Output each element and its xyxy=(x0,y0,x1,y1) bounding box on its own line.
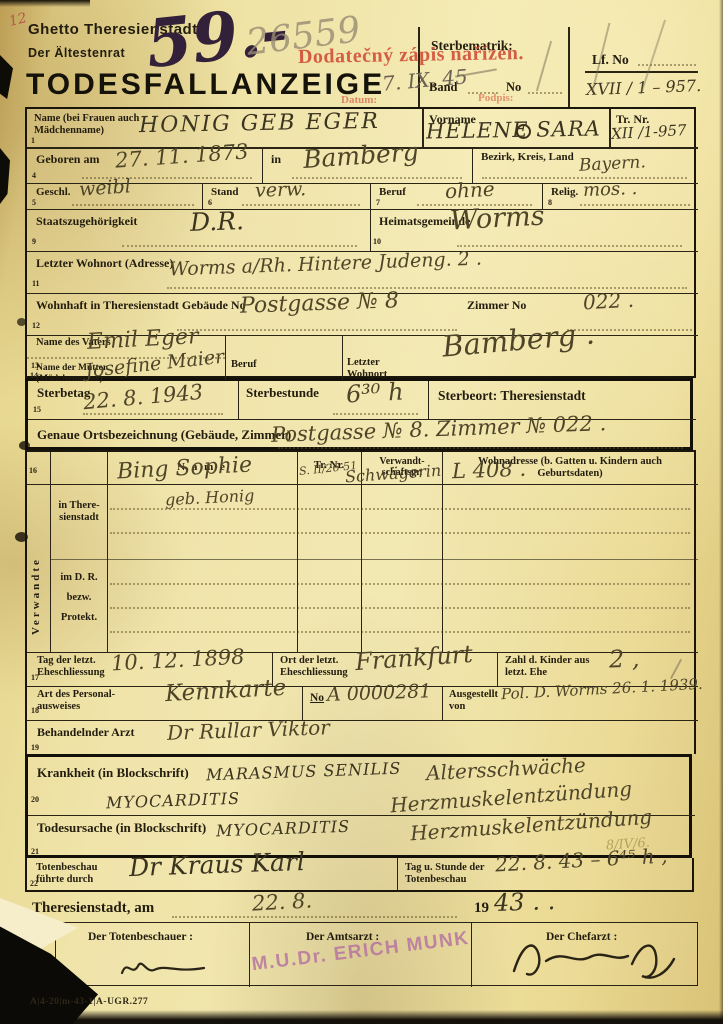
totenbeschauer-sig-label: Der Totenbeschauer : xyxy=(88,931,193,944)
chefarzt-signature xyxy=(504,931,684,985)
eltern-beruf-label: Be­ruf xyxy=(231,359,257,371)
form-code: A|4-20|m-43-1|A-UGR.277 xyxy=(30,997,148,1008)
krankheit-block1: MARASMUS SENILIS xyxy=(206,759,402,785)
disease-section: Krankheit (in Blockschrift) 20 MARASMUS … xyxy=(25,754,692,858)
corner-note: 12 xyxy=(7,10,28,30)
group-divider xyxy=(50,559,698,560)
relative-address: L 408 . xyxy=(452,457,527,484)
totenbeschau-label: Totenbeschau führte durch xyxy=(36,862,128,886)
cell-divider xyxy=(297,452,298,652)
field-number: 19 xyxy=(31,743,39,752)
heimat-value: Worms xyxy=(449,201,545,237)
sterbestunde-label: Sterbestunde xyxy=(246,386,319,401)
lf-no-dotted-line xyxy=(638,64,696,66)
ausweis-no-value: A 0000281 xyxy=(327,680,432,706)
krankheit-hw1: Altersschwäche xyxy=(425,753,586,785)
correction-circle-mark xyxy=(516,124,531,139)
dotted-line xyxy=(110,607,690,609)
sterbetag-value: 22. 8. 1943 xyxy=(82,380,204,414)
pencil-stroke-no xyxy=(536,41,552,92)
sterbeort-label: Sterbeort: Theresienstadt xyxy=(438,388,586,403)
ausweis-label: Art des Personal-ausweises xyxy=(37,689,142,713)
ehe-ort-value: Frankfurt xyxy=(354,640,474,676)
no-dotted-line xyxy=(528,92,562,94)
cell-divider xyxy=(442,452,443,652)
staat-value: D.R. xyxy=(190,206,245,237)
todesursache-label: Todesursache (in Blockschrift) xyxy=(37,821,206,836)
dotted-line xyxy=(172,916,457,918)
ortsbezeichnung-label: Genaue Ortsbezeichnung (Gebäude, Zimmer) xyxy=(37,428,291,443)
dotted-line xyxy=(177,329,457,331)
rule-line xyxy=(27,209,698,210)
field-number: 16 xyxy=(29,466,37,475)
cell-divider xyxy=(302,686,303,720)
ortsbezeichnung-value: Postgasse № 8. Zimmer № 022 . xyxy=(271,411,607,447)
relatives-table: 16 N a m e Tr. Nr. Verwandt-schaftsgr. W… xyxy=(25,450,696,754)
relative-name: Bing Sophie xyxy=(116,452,252,484)
cell-divider xyxy=(471,923,472,987)
eltern-wohnort-value: Bamberg . xyxy=(441,316,596,363)
wohnort-label: Letzter Wohnort (Adresse) xyxy=(36,257,173,270)
totenbeschauer-signature xyxy=(116,953,211,981)
dotted-line xyxy=(110,508,690,510)
geschlecht-label: Geschl. xyxy=(36,186,71,198)
field-number: 9 xyxy=(32,237,36,246)
dotted-line xyxy=(580,204,690,206)
dotted-line xyxy=(482,177,687,179)
bottom-shadow-edge xyxy=(0,1010,723,1024)
cell-divider xyxy=(50,452,51,652)
geboren-am-value: 27. 11. 1873 xyxy=(114,139,249,172)
dotted-line xyxy=(110,583,690,585)
red-stamp-podpis-label: Podpis: xyxy=(478,92,513,104)
kinder-value: 2 , xyxy=(609,644,640,673)
todesursache-pencil-note: 8/IV/6. xyxy=(606,835,651,853)
relatives-group1-label: in There-sienstadt xyxy=(53,500,105,524)
cell-divider xyxy=(428,381,429,419)
geschlecht-value: weibl xyxy=(78,175,131,201)
ausgestellt-label: Ausgestellt von xyxy=(449,689,509,713)
dotted-line xyxy=(110,631,690,633)
totenbeschau-value: Dr Kraus Karl xyxy=(129,847,306,882)
sterbematrik-cell-right-line xyxy=(568,27,570,107)
dotted-line xyxy=(292,177,462,179)
field-number: 7 xyxy=(376,198,380,207)
sterbematrik-cell-left-line xyxy=(418,27,420,107)
death-section: Sterbetag 15 22. 8. 1943 Sterbestunde 6³… xyxy=(25,378,693,450)
field-number: 6 xyxy=(208,198,212,207)
field-number: 20 xyxy=(31,795,39,804)
field-number: 12 xyxy=(32,321,40,330)
dotted-line xyxy=(72,204,194,206)
ort-datum-label: Theresienstadt, am xyxy=(32,900,154,917)
field-number: 8 xyxy=(548,198,552,207)
beruf-label: Beruf xyxy=(379,186,406,198)
form-title: TODESFALLANZEIGE xyxy=(26,68,385,102)
ort-datum-day: 22. 8. xyxy=(251,888,312,915)
beruf-value: ohne xyxy=(444,177,495,204)
ausweis-no-label: No xyxy=(310,692,324,705)
bezirk-label: Bezirk, Kreis, Land xyxy=(481,151,574,163)
red-stamp-line1: Dodatečný zápis nařízen. xyxy=(298,42,524,68)
relatives-group2-label: im D. R. bezw. Protekt. xyxy=(53,568,105,628)
dotted-line xyxy=(278,447,683,449)
cell-divider xyxy=(238,381,239,419)
stand-value: verw. xyxy=(255,178,307,202)
lf-no-rule xyxy=(585,71,698,73)
bezirk-value: Bayern. xyxy=(579,152,647,175)
signature-section: Der Totenbeschauer : Der Amtsarzt : Der … xyxy=(55,922,698,986)
field-number: 11 xyxy=(32,279,40,288)
wohnhaft-value: Postgasse № 8 xyxy=(240,288,400,319)
field-number: 10 xyxy=(373,237,381,246)
totenbeschau-zeit-label: Tag u. Stunde der Totenbeschau xyxy=(405,862,501,886)
ausweis-value: Kennkarte xyxy=(164,675,287,707)
zimmer-label: Zimmer No xyxy=(467,299,526,312)
torn-notch-left-1 xyxy=(0,55,13,99)
relatives-side-label: Verwandte xyxy=(30,510,42,635)
right-shadow-edge xyxy=(719,0,723,1024)
religion-value: mos. . xyxy=(583,178,638,201)
dotted-line xyxy=(457,245,682,247)
sterbestunde-value: 6³⁰ h xyxy=(345,378,404,409)
cell-divider xyxy=(370,183,371,209)
religion-label: Relig. xyxy=(551,186,578,198)
geboren-in-value: Bamberg xyxy=(302,137,419,174)
field-number: 18 xyxy=(31,706,39,715)
dotted-line xyxy=(110,532,690,534)
cell-divider xyxy=(262,147,263,183)
relative-name2: geb. Honig xyxy=(165,486,255,510)
torn-notch-left-2 xyxy=(0,148,10,204)
geboren-in-label: in xyxy=(271,153,281,166)
rule-line xyxy=(27,720,698,721)
kinder-label: Zahl d. Kinder aus letzt. Ehe xyxy=(505,655,600,679)
field-number: 17 xyxy=(31,673,39,682)
dotted-line xyxy=(242,204,360,206)
ort-datum-year-printed: 19 xyxy=(474,900,489,917)
dotted-line xyxy=(333,413,418,415)
dotted-line xyxy=(83,413,223,415)
cell-divider xyxy=(370,209,371,251)
field-number: 15 xyxy=(33,405,41,414)
field-number: 21 xyxy=(31,847,39,856)
ehe-tag-value: 10. 12. 1898 xyxy=(110,645,245,676)
field-number: 22 xyxy=(30,879,38,888)
cell-divider xyxy=(202,183,203,209)
tr-nr-value: XII /1-957 xyxy=(611,121,687,143)
death-notice-form: 12 Ghetto Theresienstadt Der Ältestenrat… xyxy=(0,0,723,1024)
wohnort-value: Worms a/Rh. Hintere Judeng. 2 . xyxy=(169,248,483,281)
upper-table: Name (bei Frauen auch Mädchenname) 1 HON… xyxy=(25,107,696,378)
cell-divider xyxy=(422,109,424,147)
cell-divider xyxy=(225,335,226,380)
wohnhaft-label: Wohnhaft in Theresienstadt Gebäude No xyxy=(36,299,246,312)
field-number: 1 xyxy=(31,136,35,145)
cell-divider xyxy=(397,858,398,892)
torn-edge-top-left xyxy=(0,0,90,7)
name-label: Name (bei Frauen auch Mädchenname) xyxy=(34,113,144,137)
vorname-value: HELENE SARA xyxy=(426,116,601,143)
ort-datum-year-hw: 43 . . xyxy=(494,887,556,917)
name-value: HONIG GEB EGER xyxy=(139,109,380,138)
staat-label: Staatszugehörigkeit xyxy=(36,215,137,228)
zimmer-value: 022 . xyxy=(582,288,634,315)
cell-divider xyxy=(497,652,498,686)
org-line2: Der Ältestenrat xyxy=(28,46,125,60)
todesursache-block: MYOCARDITIS xyxy=(216,817,351,841)
totenbeschau-row: Totenbeschau führte durch 22 Dr Kraus Ka… xyxy=(25,858,694,892)
dotted-line xyxy=(122,245,357,247)
krankheit-block2: MYOCARDITIS xyxy=(106,789,241,813)
cell-divider xyxy=(342,335,343,380)
arzt-value: Dr Rullar Viktor xyxy=(167,715,331,745)
field-number: 14 xyxy=(30,371,38,380)
arzt-label: Behandelnder Arzt xyxy=(37,726,134,739)
field-number: 5 xyxy=(32,198,36,207)
ausgestellt-value: Pol. D. Worms 26. 1. 1939. xyxy=(501,675,703,704)
cell-divider xyxy=(442,686,443,720)
stand-label: Stand xyxy=(211,186,239,198)
geboren-am-label: Geboren am xyxy=(36,153,99,166)
field-number: 4 xyxy=(32,171,36,180)
cell-divider xyxy=(107,452,108,652)
krankheit-label: Krankheit (in Blockschrift) xyxy=(37,766,189,781)
